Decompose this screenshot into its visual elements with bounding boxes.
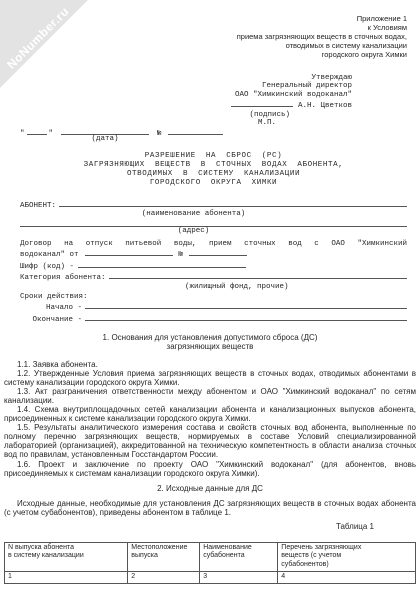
close-quote: " (49, 130, 54, 138)
abonent-name-blank (59, 199, 407, 207)
appendix-line: к Условиям (20, 23, 407, 32)
th-line: выпуска (131, 552, 196, 560)
th-line: Местоположение (131, 544, 196, 552)
contract-date-blank (85, 248, 173, 256)
th-line: Перечень загрязняющих (281, 544, 412, 552)
end-blank (85, 313, 407, 321)
category-line: Категория абонента: (20, 271, 407, 282)
section1-heading-line: загрязняющих веществ (4, 342, 416, 351)
cipher-line: Шифр (код) - (20, 260, 407, 271)
table-header-row: N выпуска абонента в систему канализации… (5, 543, 416, 572)
approval-company: ОАО "Химкинский водоканал" (20, 91, 352, 99)
start-blank (85, 301, 407, 309)
table-caption: Таблица 1 (4, 522, 374, 531)
validity-section: Сроки действия: Начало - Окончание - (20, 293, 407, 324)
document-title: РАЗРЕШЕНИЕ НА СБРОС (РС) ЗАГРЯЗНЯЮЩИХ ВЕ… (20, 152, 407, 189)
validity-label: Сроки действия: (20, 293, 407, 301)
date-hint: (дата) (61, 135, 149, 143)
appendix-line: приема загрязняющих веществ в сточных во… (20, 32, 407, 41)
approval-position: Генеральный директор (20, 82, 352, 90)
th-line: веществ (с учетом (281, 552, 412, 560)
contract-line2-text: водоканал" от (20, 251, 79, 259)
cell-col3: 3 (200, 571, 278, 583)
cipher-label: Шифр (код) - (20, 263, 74, 271)
th-subabonent-name: Наименование субабонента (200, 543, 278, 572)
validity-start-line: Начало - (20, 301, 407, 312)
contract-section: Договор на отпуск питьевой воды, прием с… (20, 240, 407, 291)
abonent-address-hint: (адрес) (20, 227, 407, 235)
section2-heading: 2. Исходные данные для ДС (4, 484, 416, 493)
date-number-line: "" (дата) № (20, 127, 407, 138)
th-line: в систему канализации (8, 552, 124, 560)
abonent-name-hint: (наименование абонента) (20, 210, 407, 218)
approval-signature-line: А.Н. Цветков (20, 99, 352, 110)
section2-paragraph: Исходные данные, необходимые для установ… (4, 499, 416, 517)
paragraph-1-2: 1.2. Утвержденные Условия приема загрязн… (4, 369, 416, 387)
th-line: субабонента (203, 552, 274, 560)
contract-number-blank (189, 248, 247, 256)
paragraph-1-4: 1.4. Схема внутриплощадочных сетей канал… (4, 405, 416, 423)
stamp-hint: М.П. (20, 119, 352, 127)
contract-line2: водоканал" от № (20, 248, 407, 259)
date-blank-wrap: (дата) (61, 127, 149, 138)
abonent-address-blank (20, 218, 407, 227)
title-line: РАЗРЕШЕНИЕ НА СБРОС (РС) (20, 152, 407, 161)
title-line: ЗАГРЯЗНЯЮЩИХ ВЕЩЕСТВ В СТОЧНЫХ ВОДАХ АБО… (20, 161, 407, 170)
approver-name: А.Н. Цветков (298, 102, 352, 110)
cell-col4: 4 (278, 571, 416, 583)
title-line: ОТВОДИМЫХ В СИСТЕМУ КАНАЛИЗАЦИИ (20, 170, 407, 179)
section1-heading-line: 1. Основания для установления допустимог… (4, 333, 416, 342)
cell-col2: 2 (128, 571, 200, 583)
contract-number-sign: № (179, 251, 184, 259)
section1-paragraphs: 1.1. Заявка абонента. 1.2. Утвержденные … (4, 360, 416, 478)
approval-block: Утверждаю Генеральный директор ОАО "Химк… (20, 74, 352, 127)
th-outlet-number: N выпуска абонента в систему канализации (5, 543, 128, 572)
abonent-line: АБОНЕНТ: (20, 199, 407, 210)
start-label: Начало - (20, 304, 82, 312)
paragraph-1-1: 1.1. Заявка абонента. (4, 360, 416, 369)
number-sign: № (157, 130, 162, 138)
cipher-blank (78, 260, 246, 268)
appendix-header: Приложение 1 к Условиям приема загрязняю… (20, 14, 407, 59)
day-blank (27, 127, 47, 135)
document-page: NoNumber.ru Приложение 1 к Условиям прие… (0, 0, 420, 600)
title-line: ГОРОДСКОГО ОКРУГА ХИМКИ (20, 179, 407, 188)
open-quote: " (20, 130, 25, 138)
table1: N выпуска абонента в систему канализации… (4, 542, 416, 584)
validity-end-line: Окончание - (20, 313, 407, 324)
abonent-section: АБОНЕНТ: (наименование абонента) (адрес) (20, 199, 407, 236)
number-blank (168, 127, 223, 135)
table-row: 1 2 3 4 (5, 571, 416, 583)
th-pollutants-list: Перечень загрязняющих веществ (с учетом … (278, 543, 416, 572)
category-label: Категория абонента: (20, 274, 106, 282)
th-line: субабонентов) (281, 561, 412, 569)
end-label: Окончание - (20, 316, 82, 324)
abonent-label: АБОНЕНТ: (20, 202, 56, 210)
signature-blank (231, 99, 293, 107)
appendix-line: городского округа Химки (20, 50, 407, 59)
contract-line1: Договор на отпуск питьевой воды, прием с… (20, 240, 407, 248)
th-line: N выпуска абонента (8, 544, 124, 552)
appendix-line: Приложение 1 (20, 14, 407, 23)
section1-heading: 1. Основания для установления допустимог… (4, 333, 416, 351)
paragraph-1-3: 1.3. Акт разграничения ответственности м… (4, 387, 416, 405)
appendix-line: отводимых в систему канализации (20, 41, 407, 50)
paragraph-1-5: 1.5. Результаты аналитического измерения… (4, 423, 416, 459)
category-blank (109, 271, 407, 279)
paragraph-1-6: 1.6. Проект и заключение по проекту ОАО … (4, 460, 416, 478)
section2-paragraph-wrap: Исходные данные, необходимые для установ… (4, 499, 416, 517)
th-outlet-location: Местоположение выпуска (128, 543, 200, 572)
date-blank (61, 127, 149, 135)
cell-col1: 1 (5, 571, 128, 583)
category-hint: (жилищный фонд, прочие) (185, 283, 407, 291)
signature-hint: (подпись) (20, 111, 352, 119)
